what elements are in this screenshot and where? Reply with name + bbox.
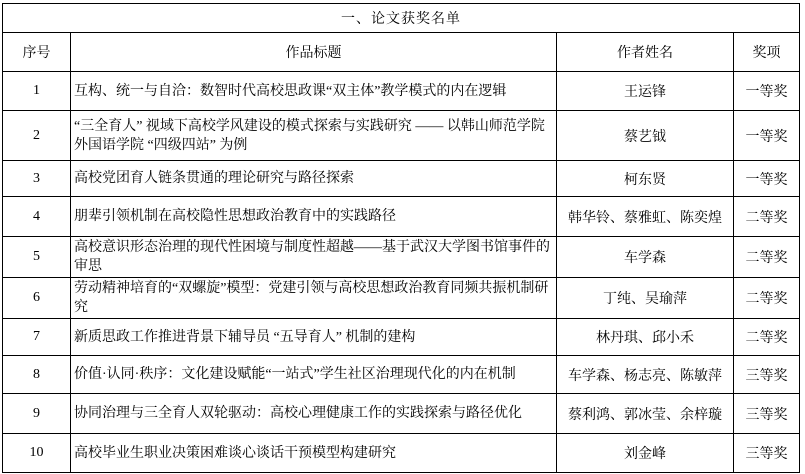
table-row: 5 高校意识形态治理的现代性困境与制度性超越——基于武汉大学图书馆事件的审思 车… (3, 237, 800, 278)
award-level: 二等奖 (734, 278, 800, 319)
paper-title: 劳动精神培育的“双螺旋”模型：党建引领与高校思想政治教育同频共振机制研究 (71, 278, 557, 319)
author-names: 柯东贤 (557, 161, 734, 197)
table-row: 6 劳动精神培育的“双螺旋”模型：党建引领与高校思想政治教育同频共振机制研究 丁… (3, 278, 800, 319)
table-row: 3 高校党团育人链条贯通的理论研究与路径探索 柯东贤 一等奖 (3, 161, 800, 197)
author-names: 蔡艺钺 (557, 111, 734, 161)
author-names: 蔡利鸿、郭冰莹、余梓璇 (557, 394, 734, 434)
award-level: 三等奖 (734, 356, 800, 394)
row-number: 3 (3, 161, 71, 197)
author-names: 林丹琪、邱小禾 (557, 319, 734, 356)
paper-title: 高校党团育人链条贯通的理论研究与路径探索 (71, 161, 557, 197)
document-page: 一、论文获奖名单 序号 作品标题 作者姓名 奖项 1 互构、统一与自洽：数智时代… (0, 0, 805, 474)
row-number: 8 (3, 356, 71, 394)
author-names: 王运锋 (557, 72, 734, 111)
table-header-row: 序号 作品标题 作者姓名 奖项 (3, 33, 800, 72)
header-authors: 作者姓名 (557, 33, 734, 72)
award-level: 一等奖 (734, 161, 800, 197)
row-number: 6 (3, 278, 71, 319)
award-level: 一等奖 (734, 111, 800, 161)
paper-title: 价值·认同·秩序：文化建设赋能“一站式”学生社区治理现代化的内在机制 (71, 356, 557, 394)
table-row: 8 价值·认同·秩序：文化建设赋能“一站式”学生社区治理现代化的内在机制 车学森… (3, 356, 800, 394)
author-names: 刘金峰 (557, 434, 734, 473)
table-row: 9 协同治理与三全育人双轮驱动：高校心理健康工作的实践探索与路径优化 蔡利鸿、郭… (3, 394, 800, 434)
paper-title: 高校毕业生职业决策困难谈心谈话干预模型构建研究 (71, 434, 557, 473)
paper-title: 新质思政工作推进背景下辅导员 “五导育人” 机制的建构 (71, 319, 557, 356)
award-level: 二等奖 (734, 319, 800, 356)
author-names: 韩华铃、蔡雅虹、陈奕煌 (557, 197, 734, 237)
row-number: 9 (3, 394, 71, 434)
table-row: 2 “三全育人” 视域下高校学风建设的模式探索与实践研究 —— 以韩山师范学院外… (3, 111, 800, 161)
award-level: 三等奖 (734, 434, 800, 473)
table-row: 7 新质思政工作推进背景下辅导员 “五导育人” 机制的建构 林丹琪、邱小禾 二等… (3, 319, 800, 356)
author-names: 车学森 (557, 237, 734, 278)
author-names: 车学森、杨志亮、陈敏萍 (557, 356, 734, 394)
award-level: 三等奖 (734, 394, 800, 434)
paper-title: “三全育人” 视域下高校学风建设的模式探索与实践研究 —— 以韩山师范学院外国语… (71, 111, 557, 161)
row-number: 2 (3, 111, 71, 161)
award-level: 一等奖 (734, 72, 800, 111)
table-row: 4 朋辈引领机制在高校隐性思想政治教育中的实践路径 韩华铃、蔡雅虹、陈奕煌 二等… (3, 197, 800, 237)
table-title-row: 一、论文获奖名单 (3, 4, 800, 33)
paper-title: 互构、统一与自洽：数智时代高校思政课“双主体”教学模式的内在逻辑 (71, 72, 557, 111)
paper-title: 协同治理与三全育人双轮驱动：高校心理健康工作的实践探索与路径优化 (71, 394, 557, 434)
award-level: 二等奖 (734, 237, 800, 278)
paper-title: 高校意识形态治理的现代性困境与制度性超越——基于武汉大学图书馆事件的审思 (71, 237, 557, 278)
table-row: 1 互构、统一与自洽：数智时代高校思政课“双主体”教学模式的内在逻辑 王运锋 一… (3, 72, 800, 111)
header-award: 奖项 (734, 33, 800, 72)
author-names: 丁纯、吴瑜萍 (557, 278, 734, 319)
row-number: 4 (3, 197, 71, 237)
award-table: 一、论文获奖名单 序号 作品标题 作者姓名 奖项 1 互构、统一与自洽：数智时代… (2, 3, 800, 473)
row-number: 10 (3, 434, 71, 473)
header-no: 序号 (3, 33, 71, 72)
header-title: 作品标题 (71, 33, 557, 72)
row-number: 5 (3, 237, 71, 278)
row-number: 7 (3, 319, 71, 356)
table-title: 一、论文获奖名单 (3, 4, 800, 33)
award-level: 二等奖 (734, 197, 800, 237)
row-number: 1 (3, 72, 71, 111)
paper-title: 朋辈引领机制在高校隐性思想政治教育中的实践路径 (71, 197, 557, 237)
table-row: 10 高校毕业生职业决策困难谈心谈话干预模型构建研究 刘金峰 三等奖 (3, 434, 800, 473)
